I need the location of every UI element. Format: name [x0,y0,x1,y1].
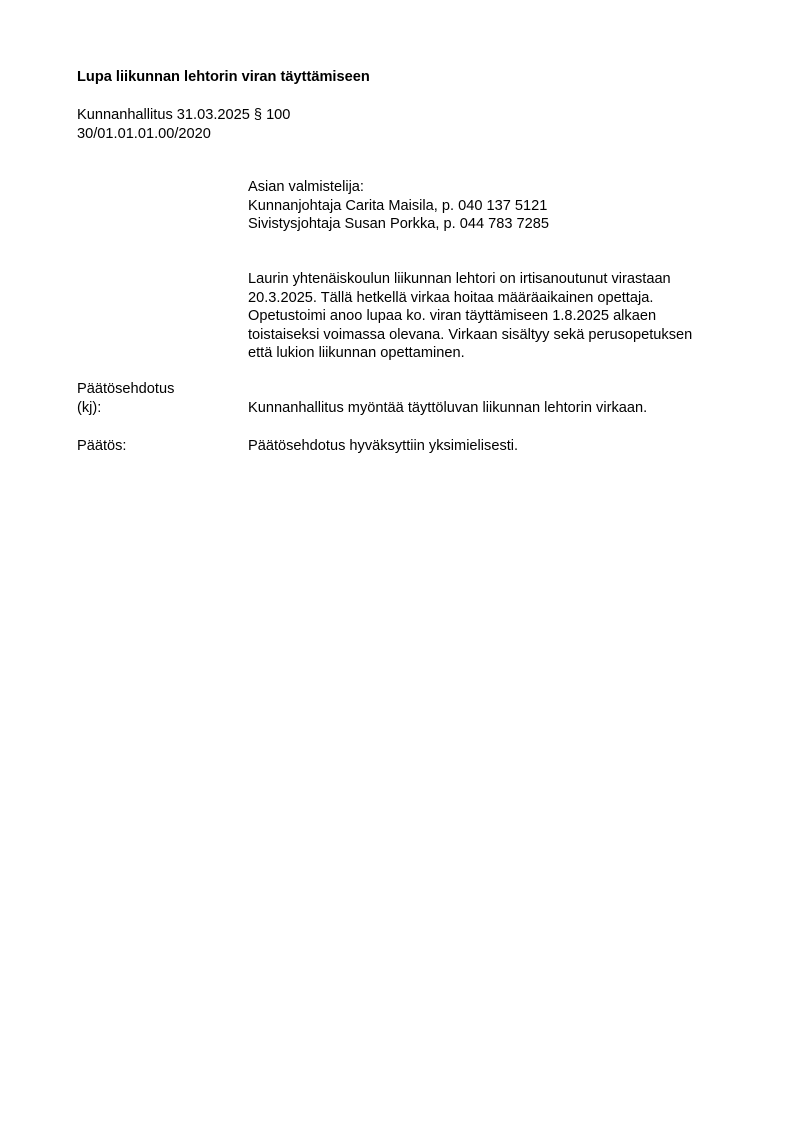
record-number: 30/01.01.01.00/2020 [77,125,290,144]
body-line: Laurin yhtenäiskoulun liikunnan lehtori … [248,270,692,289]
body-line: toistaiseksi voimassa olevana. Virkaan s… [248,326,692,345]
decision-text: Päätösehdotus hyväksyttiin yksimielisest… [248,437,518,455]
preparers-heading: Asian valmistelija: [248,178,549,197]
body-paragraph: Laurin yhtenäiskoulun liikunnan lehtori … [248,270,692,363]
preparer-line: Sivistysjohtaja Susan Porkka, p. 044 783… [248,215,549,234]
preparers-section: Asian valmistelija: Kunnanjohtaja Carita… [248,178,549,234]
meeting-info: Kunnanhallitus 31.03.2025 § 100 30/01.01… [77,106,290,143]
proposal-label-line2: (kj): [77,399,101,417]
body-line: 20.3.2025. Tällä hetkellä virkaa hoitaa … [248,289,692,308]
body-line: Opetustoimi anoo lupaa ko. viran täyttäm… [248,307,692,326]
meeting-line: Kunnanhallitus 31.03.2025 § 100 [77,106,290,125]
decision-label: Päätös: [77,437,127,455]
proposal-text: Kunnanhallitus myöntää täyttöluvan liiku… [248,399,647,417]
body-line: että lukion liikunnan opettaminen. [248,344,692,363]
document-title: Lupa liikunnan lehtorin viran täyttämise… [77,68,370,86]
proposal-label-line1: Päätösehdotus [77,380,174,398]
preparer-line: Kunnanjohtaja Carita Maisila, p. 040 137… [248,197,549,216]
